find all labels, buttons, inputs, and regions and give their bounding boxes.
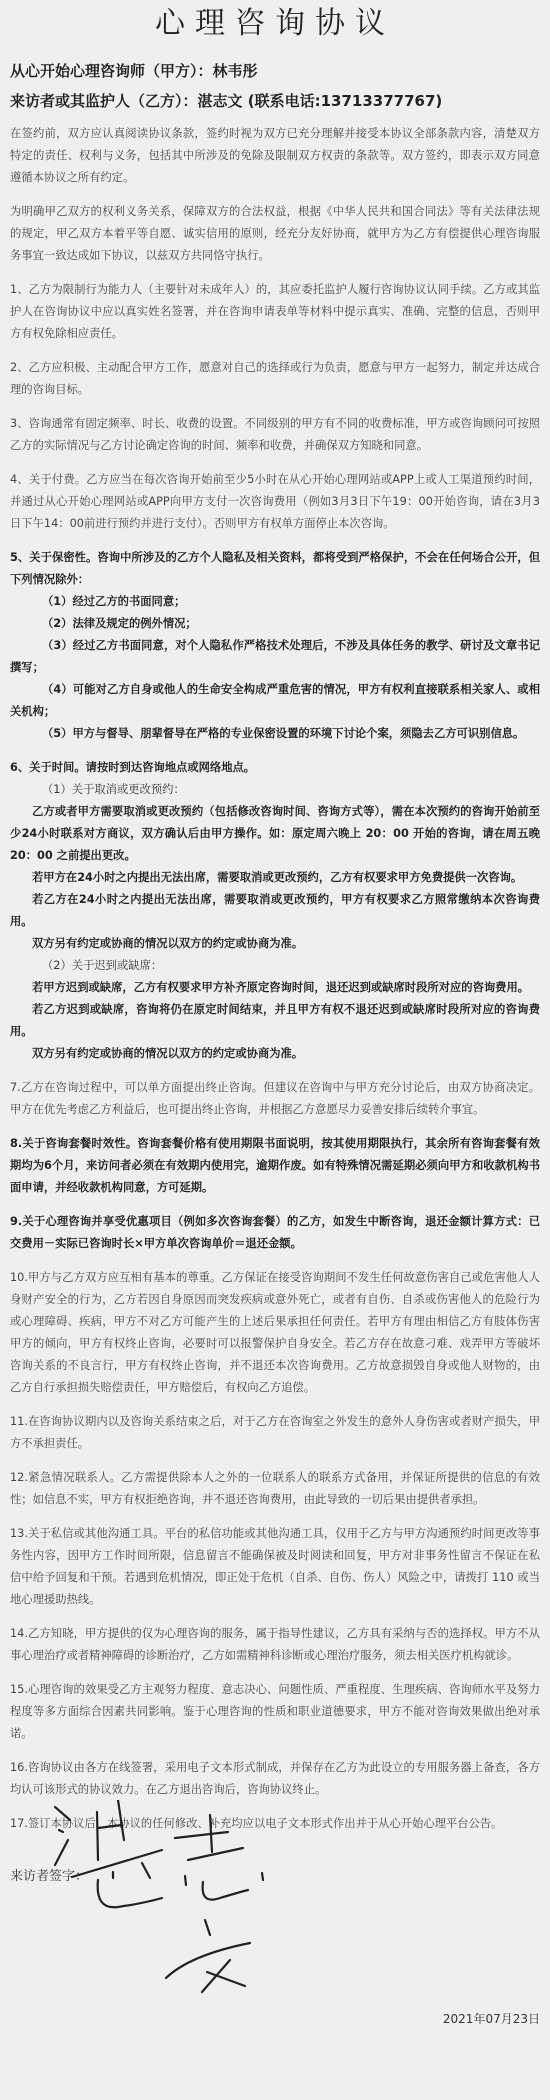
clause-6-sub1-title: （1）关于取消或更改预约： (10, 779, 540, 801)
clause-5-item: （4）可能对乙方自身或他人的生命安全构成严重危害的情况，甲方有权利直接联系相关家… (10, 679, 540, 723)
clause-5-heading: 5、关于保密性。咨询中所涉及的乙方个人隐私及相关资料，都将受到严格保护，不会在任… (10, 547, 540, 591)
clause-5-item: （1）经过乙方的书面同意； (10, 591, 540, 613)
clause-10: 10.甲方与乙方双方应互相有基本的尊重。乙方保证在接受咨询期间不发生任何故意伤害… (10, 1267, 540, 1399)
intro-paragraph-1: 在签约前，双方应认真阅读协议条款，签约时视为双方已充分理解并接受本协议全部条款内… (10, 123, 540, 189)
clause-6-sub1-line: 乙方或者甲方需要取消或更改预约（包括修改咨询时间、咨询方式等），需在本次预约的咨… (10, 801, 540, 867)
clause-7: 7.乙方在咨询过程中，可以单方面提出终止咨询。但建议在咨询中与甲方充分讨论后，由… (10, 1077, 540, 1121)
clause-6-sub2-title: （2）关于迟到或缺席： (10, 955, 540, 977)
clause-5-item: （2）法律及规定的例外情况； (10, 613, 540, 635)
clause-1: 1、乙方为限制行为能力人（主要针对未成年人）的，其应委托监护人履行咨询协议认同手… (10, 279, 540, 345)
clause-11: 11.在咨询协议期内以及咨询关系结束之后，对于乙方在咨询室之外发生的意外人身伤害… (10, 1411, 540, 1455)
party-a: 从心开始心理咨询师（甲方）：林韦彤 (10, 61, 540, 81)
agreement-document: 心理咨询协议 从心开始心理咨询师（甲方）：林韦彤 来访者或其监护人（乙方）：湛志… (0, 0, 550, 1887)
clause-16: 16.咨询协议由各方在线签署，采用电子文本形式制成，并保存在乙方为此设立的专用服… (10, 1757, 540, 1801)
clause-8: 8.关于咨询套餐时效性。咨询套餐价格有使用期限书面说明，按其使用期限执行，其余所… (10, 1133, 540, 1199)
clause-5-item: （3）经过乙方书面同意，对个人隐私作严格技术处理后，不涉及具体任务的教学、研讨及… (10, 635, 540, 679)
clause-15: 15.心理咨询的效果受乙方主观努力程度、意志决心、问题性质、严重程度、生理疾病、… (10, 1679, 540, 1745)
clause-6-sub1-line: 双方另有约定或协商的情况以双方的约定或协商为准。 (10, 933, 540, 955)
clause-4: 4、关于付费。乙方应当在每次咨询开始前至少5小时在从心开始心理网站或APP上或人… (10, 469, 540, 535)
clause-6-heading: 6、关于时间。请按时到达咨询地点或网络地点。 (10, 757, 540, 779)
intro-paragraph-2: 为明确甲乙双方的权利义务关系，保障双方的合法权益，根据《中华人民共和国合同法》等… (10, 201, 540, 267)
clause-6-sub2-line: 双方另有约定或协商的情况以双方的约定或协商为准。 (10, 1043, 540, 1065)
clause-9: 9.关于心理咨询并享受优惠项目（例如多次咨询套餐）的乙方，如发生中断咨询，退还金… (10, 1211, 540, 1255)
handwritten-signature (50, 1800, 290, 2010)
page-title: 心理咨询协议 (10, 0, 540, 44)
clause-6-sub1-line: 若乙方在24小时之内提出无法出席，需要取消或更改预约，甲方有权要求乙方照常缴纳本… (10, 889, 540, 933)
clause-12: 12.紧急情况联系人。乙方需提供除本人之外的一位联系人的联系方式备用，并保证所提… (10, 1467, 540, 1511)
clause-13: 13.关于私信或其他沟通工具。平台的私信功能或其他沟通工具，仅用于乙方与甲方沟通… (10, 1523, 540, 1611)
clause-3: 3、咨询通常有固定频率、时长、收费的设置。不同级别的甲方有不同的收费标准，甲方或… (10, 413, 540, 457)
party-b: 来访者或其监护人（乙方）：湛志文 (联系电话:13713377767) (10, 91, 540, 111)
clause-2: 2、乙方应积极、主动配合甲方工作，愿意对自己的选择或行为负责，愿意与甲方一起努力… (10, 357, 540, 401)
clause-6-sub1-line: 若甲方在24小时之内提出无法出席，需要取消或更改预约，乙方有权要求甲方免费提供一… (10, 867, 540, 889)
clause-6-sub2-line: 若乙方迟到或缺席，咨询将仍在原定时间结束，并且甲方有权不退还迟到或缺席时段所对应… (10, 999, 540, 1043)
clause-6-sub2-line: 若甲方迟到或缺席，乙方有权要求甲方补齐原定咨询时间，退还迟到或缺席时段所对应的咨… (10, 977, 540, 999)
clause-5-item: （5）甲方与督导、朋辈督导在严格的专业保密设置的环境下讨论个案，须隐去乙方可识别… (10, 723, 540, 745)
clause-14: 14.乙方知晓，甲方提供的仅为心理咨询的服务，属于指导性建议，乙方具有采纳与否的… (10, 1623, 540, 1667)
signing-date: 2021年07月23日 (443, 2010, 540, 2027)
